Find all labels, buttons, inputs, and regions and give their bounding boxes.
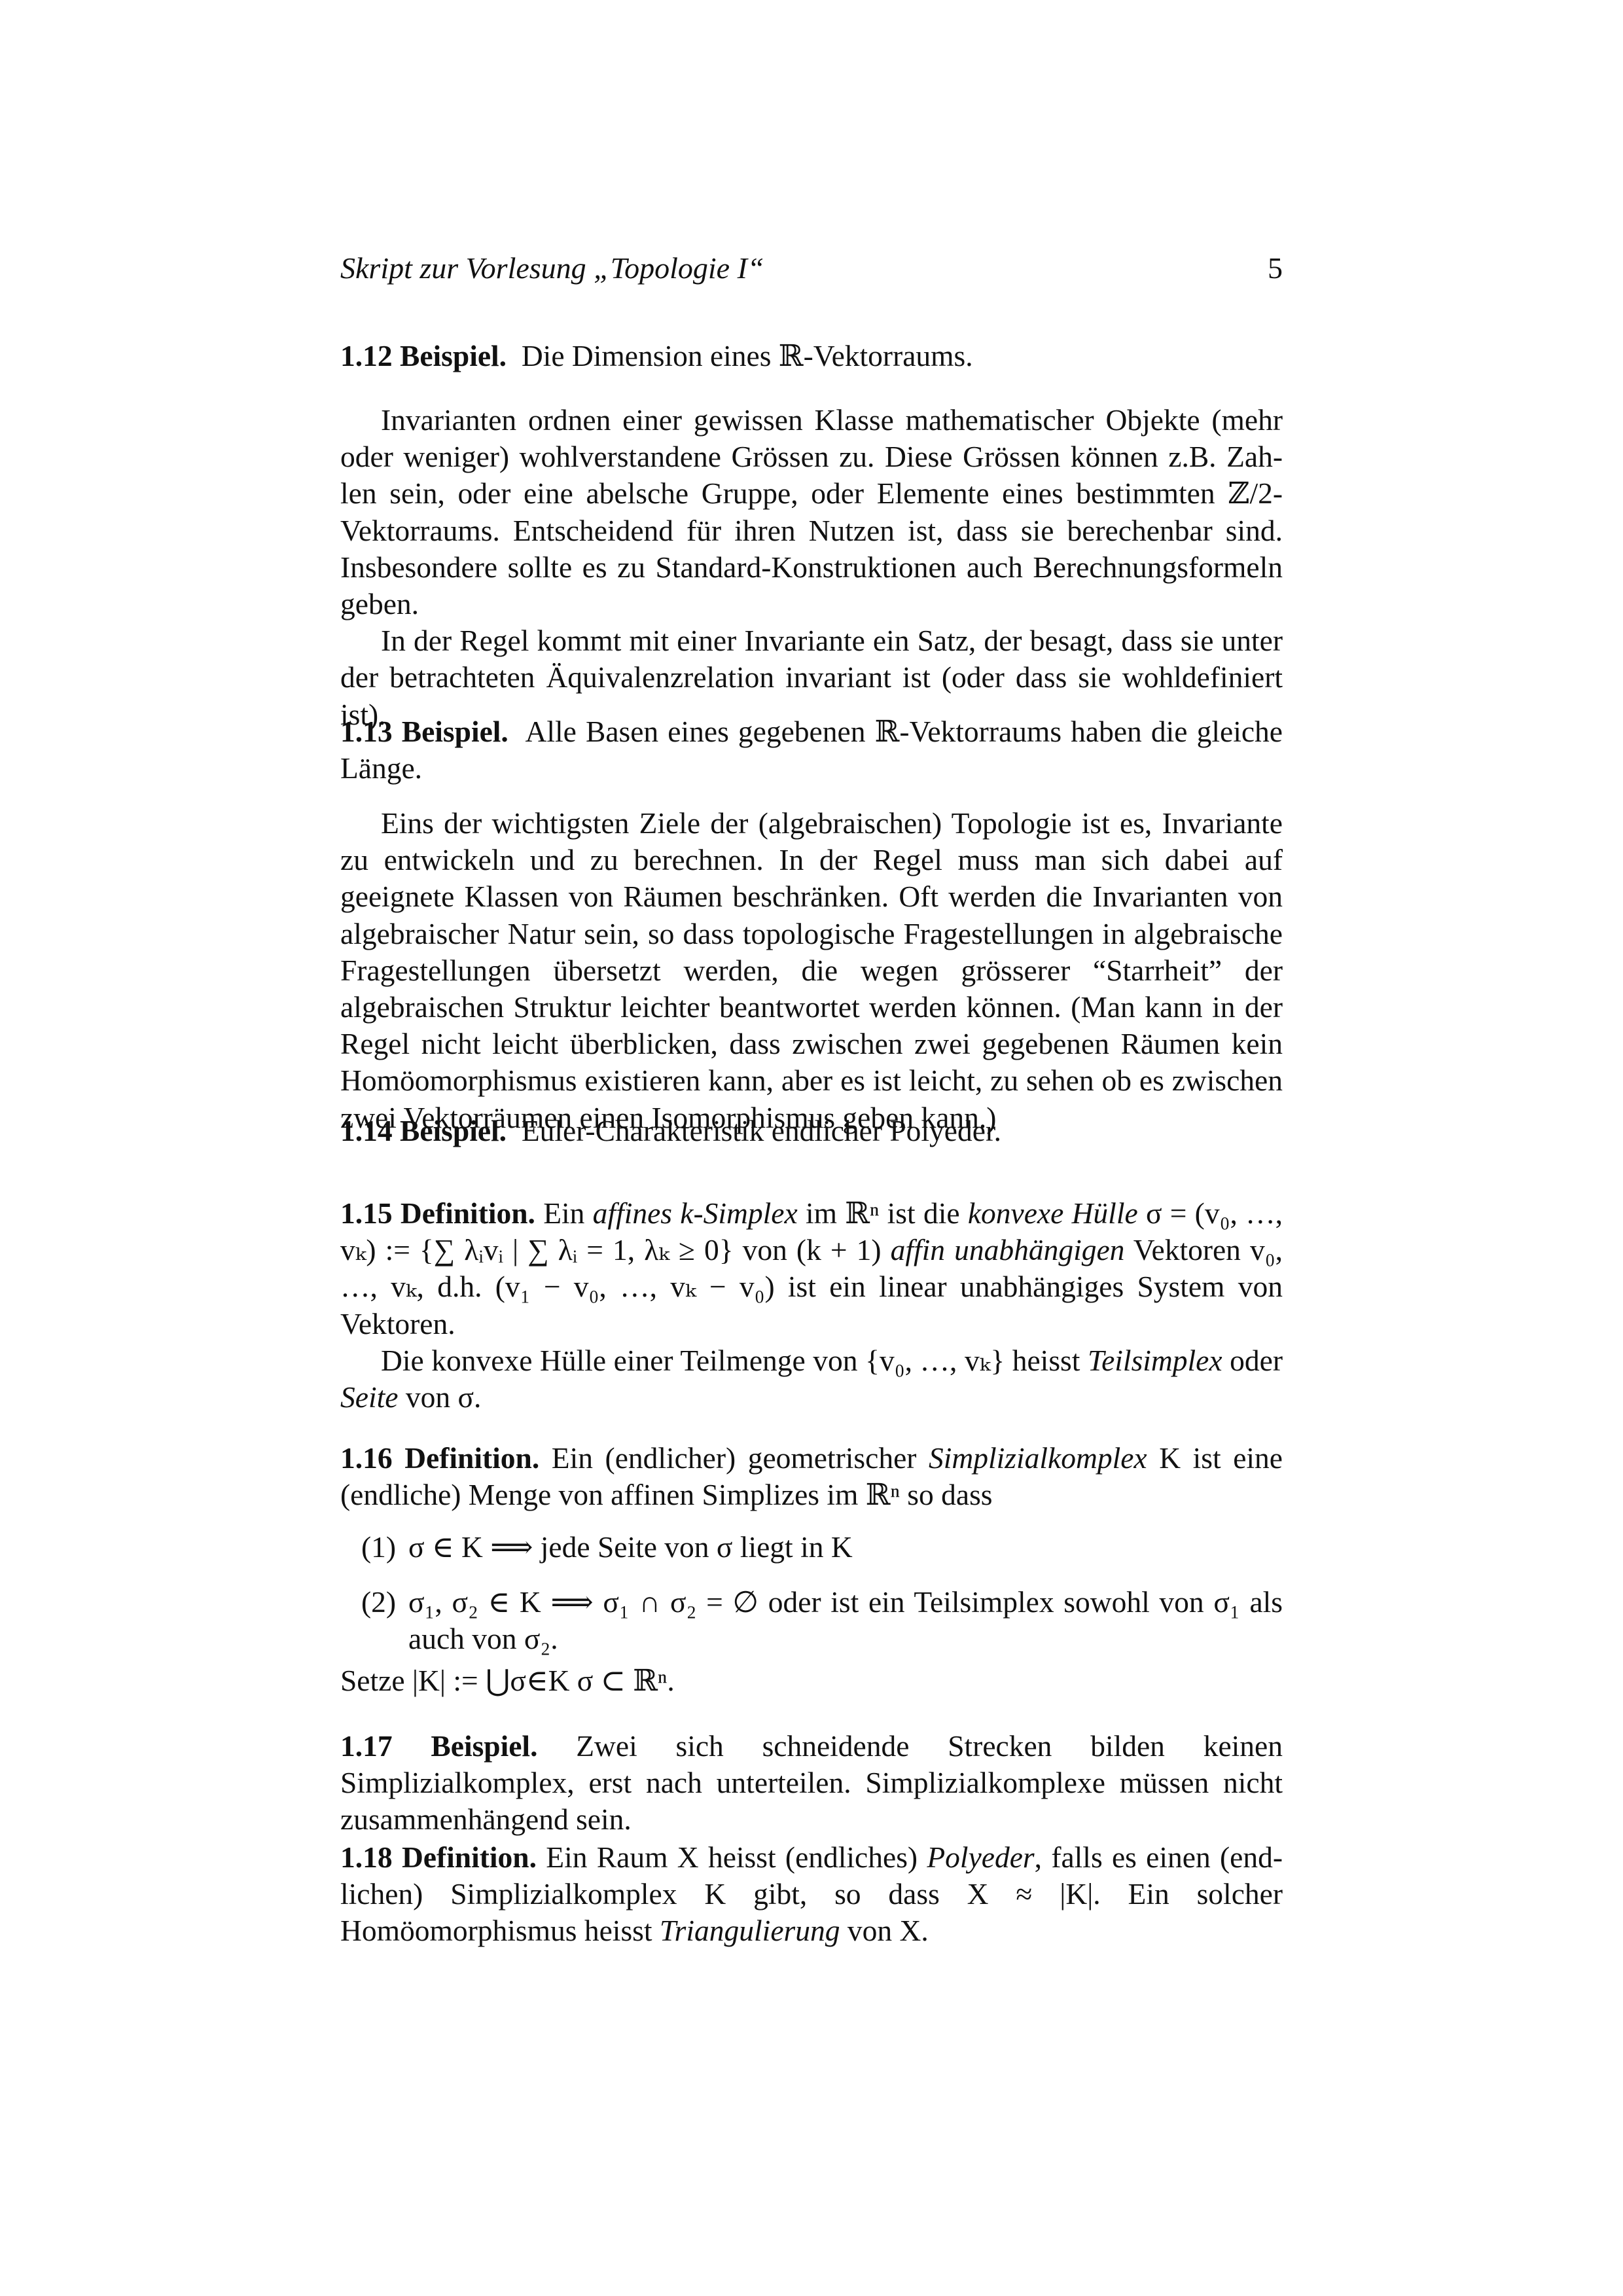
running-title: Skript zur Vorlesung „Topologie I“ bbox=[340, 251, 764, 285]
emphasis: affin unabhängi­gen bbox=[891, 1233, 1125, 1266]
text: im ℝⁿ ist die bbox=[806, 1196, 960, 1230]
list-item: (1) σ ∈ K ⟹ jede Seite von σ liegt in K bbox=[340, 1529, 1283, 1566]
condition-list: (1) σ ∈ K ⟹ jede Seite von σ liegt in K bbox=[340, 1529, 1283, 1566]
emphasis: konvexe Hülle bbox=[968, 1196, 1138, 1230]
section-label: 1.12 Beispiel. bbox=[340, 339, 507, 372]
text: von σ. bbox=[406, 1380, 482, 1414]
definition-1-15: 1.15 Definition. Ein affines k-Simplex i… bbox=[340, 1195, 1283, 1416]
paragraph-ziele: Eins der wichtigsten Ziele der (algebrai… bbox=[340, 805, 1283, 1136]
text: von X. bbox=[847, 1914, 929, 1947]
text: Ein (endlicher) geometrischer bbox=[552, 1441, 917, 1475]
running-header: Skript zur Vorlesung „Topologie I“ 5 bbox=[340, 250, 1283, 287]
emphasis: Polyeder bbox=[927, 1840, 1034, 1874]
text: Die konvexe Hülle einer Teilmenge von {v… bbox=[381, 1344, 1080, 1377]
section-text: Die Dimension eines ℝ-Vektorraums. bbox=[522, 339, 973, 372]
page-number: 5 bbox=[1268, 250, 1283, 287]
emphasis: affines k-Simplex bbox=[593, 1196, 798, 1230]
emphasis: Simplizialkomplex bbox=[929, 1441, 1147, 1475]
example-1-17: 1.17 Beispiel. Zwei sich schneidende Str… bbox=[340, 1728, 1283, 1839]
text: Ein Raum X heisst (endliches) bbox=[546, 1840, 918, 1874]
definition-1-16: 1.16 Definition. Ein (endlicher) geometr… bbox=[340, 1440, 1283, 1513]
example-1-13: 1.13 Beispiel. Alle Basen eines gegebene… bbox=[340, 713, 1283, 787]
definition-1-18: 1.18 Definition. Ein Raum X heisst (endl… bbox=[340, 1839, 1283, 1950]
example-1-12: 1.12 Beispiel. Die Dimension eines ℝ-Vek… bbox=[340, 338, 1283, 374]
paragraph: Eins der wichtigsten Ziele der (algebrai… bbox=[340, 805, 1283, 1136]
list-number: (2) bbox=[361, 1584, 396, 1621]
section-label: 1.16 Definition. bbox=[340, 1441, 539, 1475]
formula-text: Setze |K| := ⋃σ∈K σ ⊂ ℝⁿ. bbox=[340, 1662, 1283, 1699]
setze-line: Setze |K| := ⋃σ∈K σ ⊂ ℝⁿ. bbox=[340, 1662, 1283, 1699]
emphasis: Triangulierung bbox=[660, 1914, 840, 1947]
section-label: 1.18 Definition. bbox=[340, 1840, 537, 1874]
section-label: 1.14 Beispiel. bbox=[340, 1114, 507, 1147]
list-text: σ₁, σ₂ ∈ K ⟹ σ₁ ∩ σ₂ = ∅ oder ist ein Te… bbox=[408, 1585, 1283, 1655]
list-number: (1) bbox=[361, 1529, 396, 1566]
text: oder bbox=[1230, 1344, 1283, 1377]
paragraph: Invarianten ordnen einer gewissen Klasse… bbox=[340, 402, 1283, 622]
text: Ein bbox=[543, 1196, 584, 1230]
list-text: σ ∈ K ⟹ jede Seite von σ liegt in K bbox=[408, 1530, 853, 1564]
section-label: 1.13 Beispiel. bbox=[340, 715, 508, 748]
section-label: 1.17 Beispiel. bbox=[340, 1729, 537, 1763]
condition-list: (2) σ₁, σ₂ ∈ K ⟹ σ₁ ∩ σ₂ = ∅ oder ist ei… bbox=[340, 1584, 1283, 1657]
emphasis: Teilsimplex bbox=[1088, 1344, 1222, 1377]
list-item: (2) σ₁, σ₂ ∈ K ⟹ σ₁ ∩ σ₂ = ∅ oder ist ei… bbox=[340, 1584, 1283, 1657]
section-text: Euler-Charakteristik endlicher Polyeder. bbox=[522, 1114, 1001, 1147]
section-label: 1.15 Definition. bbox=[340, 1196, 535, 1230]
example-1-14: 1.14 Beispiel. Euler-Charakteristik endl… bbox=[340, 1113, 1283, 1149]
emphasis: Seite bbox=[340, 1380, 398, 1414]
paragraph-invarianten: Invarianten ordnen einer gewissen Klasse… bbox=[340, 402, 1283, 733]
